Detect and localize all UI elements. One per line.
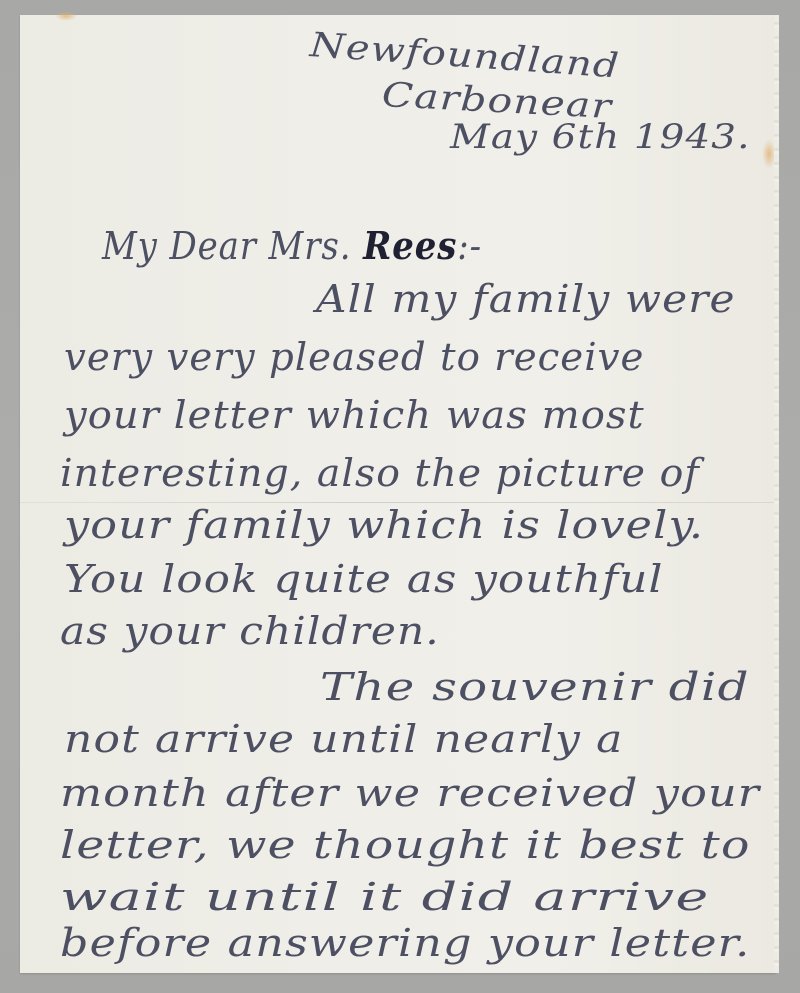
recipient-name: Rees	[363, 223, 457, 268]
salutation-prefix: My Dear Mrs.	[102, 224, 363, 268]
salutation-suffix: :-	[457, 224, 482, 268]
place-line-1: Newfoundland	[309, 25, 621, 87]
letter-page: Newfoundland Carbonear May 6th 1943. My …	[20, 15, 776, 973]
body-line-7: as your children.	[60, 609, 440, 653]
body-line-6: You look quite as youthful	[64, 557, 664, 601]
stain-top	[55, 11, 77, 21]
salutation: My Dear Mrs. Rees:-	[102, 223, 482, 268]
body-line-3: your letter which was most	[64, 393, 645, 437]
body-line-13: before answering your letter.	[60, 921, 750, 965]
body-line-1: All my family were	[316, 277, 736, 321]
body-line-12: wait until it did arrive	[60, 875, 710, 919]
body-line-4: interesting, also the picture of	[60, 451, 700, 495]
body-line-2: very very pleased to receive	[64, 335, 644, 379]
body-line-5: your family which is lovely.	[64, 503, 704, 547]
body-line-10: month after we received your	[60, 771, 760, 815]
body-line-11: letter, we thought it best to	[60, 823, 751, 867]
body-line-9: not arrive until nearly a	[64, 717, 624, 761]
letter-date: May 6th 1943.	[450, 117, 751, 157]
stain-right	[762, 139, 776, 169]
body-line-8: The souvenir did	[320, 665, 750, 709]
